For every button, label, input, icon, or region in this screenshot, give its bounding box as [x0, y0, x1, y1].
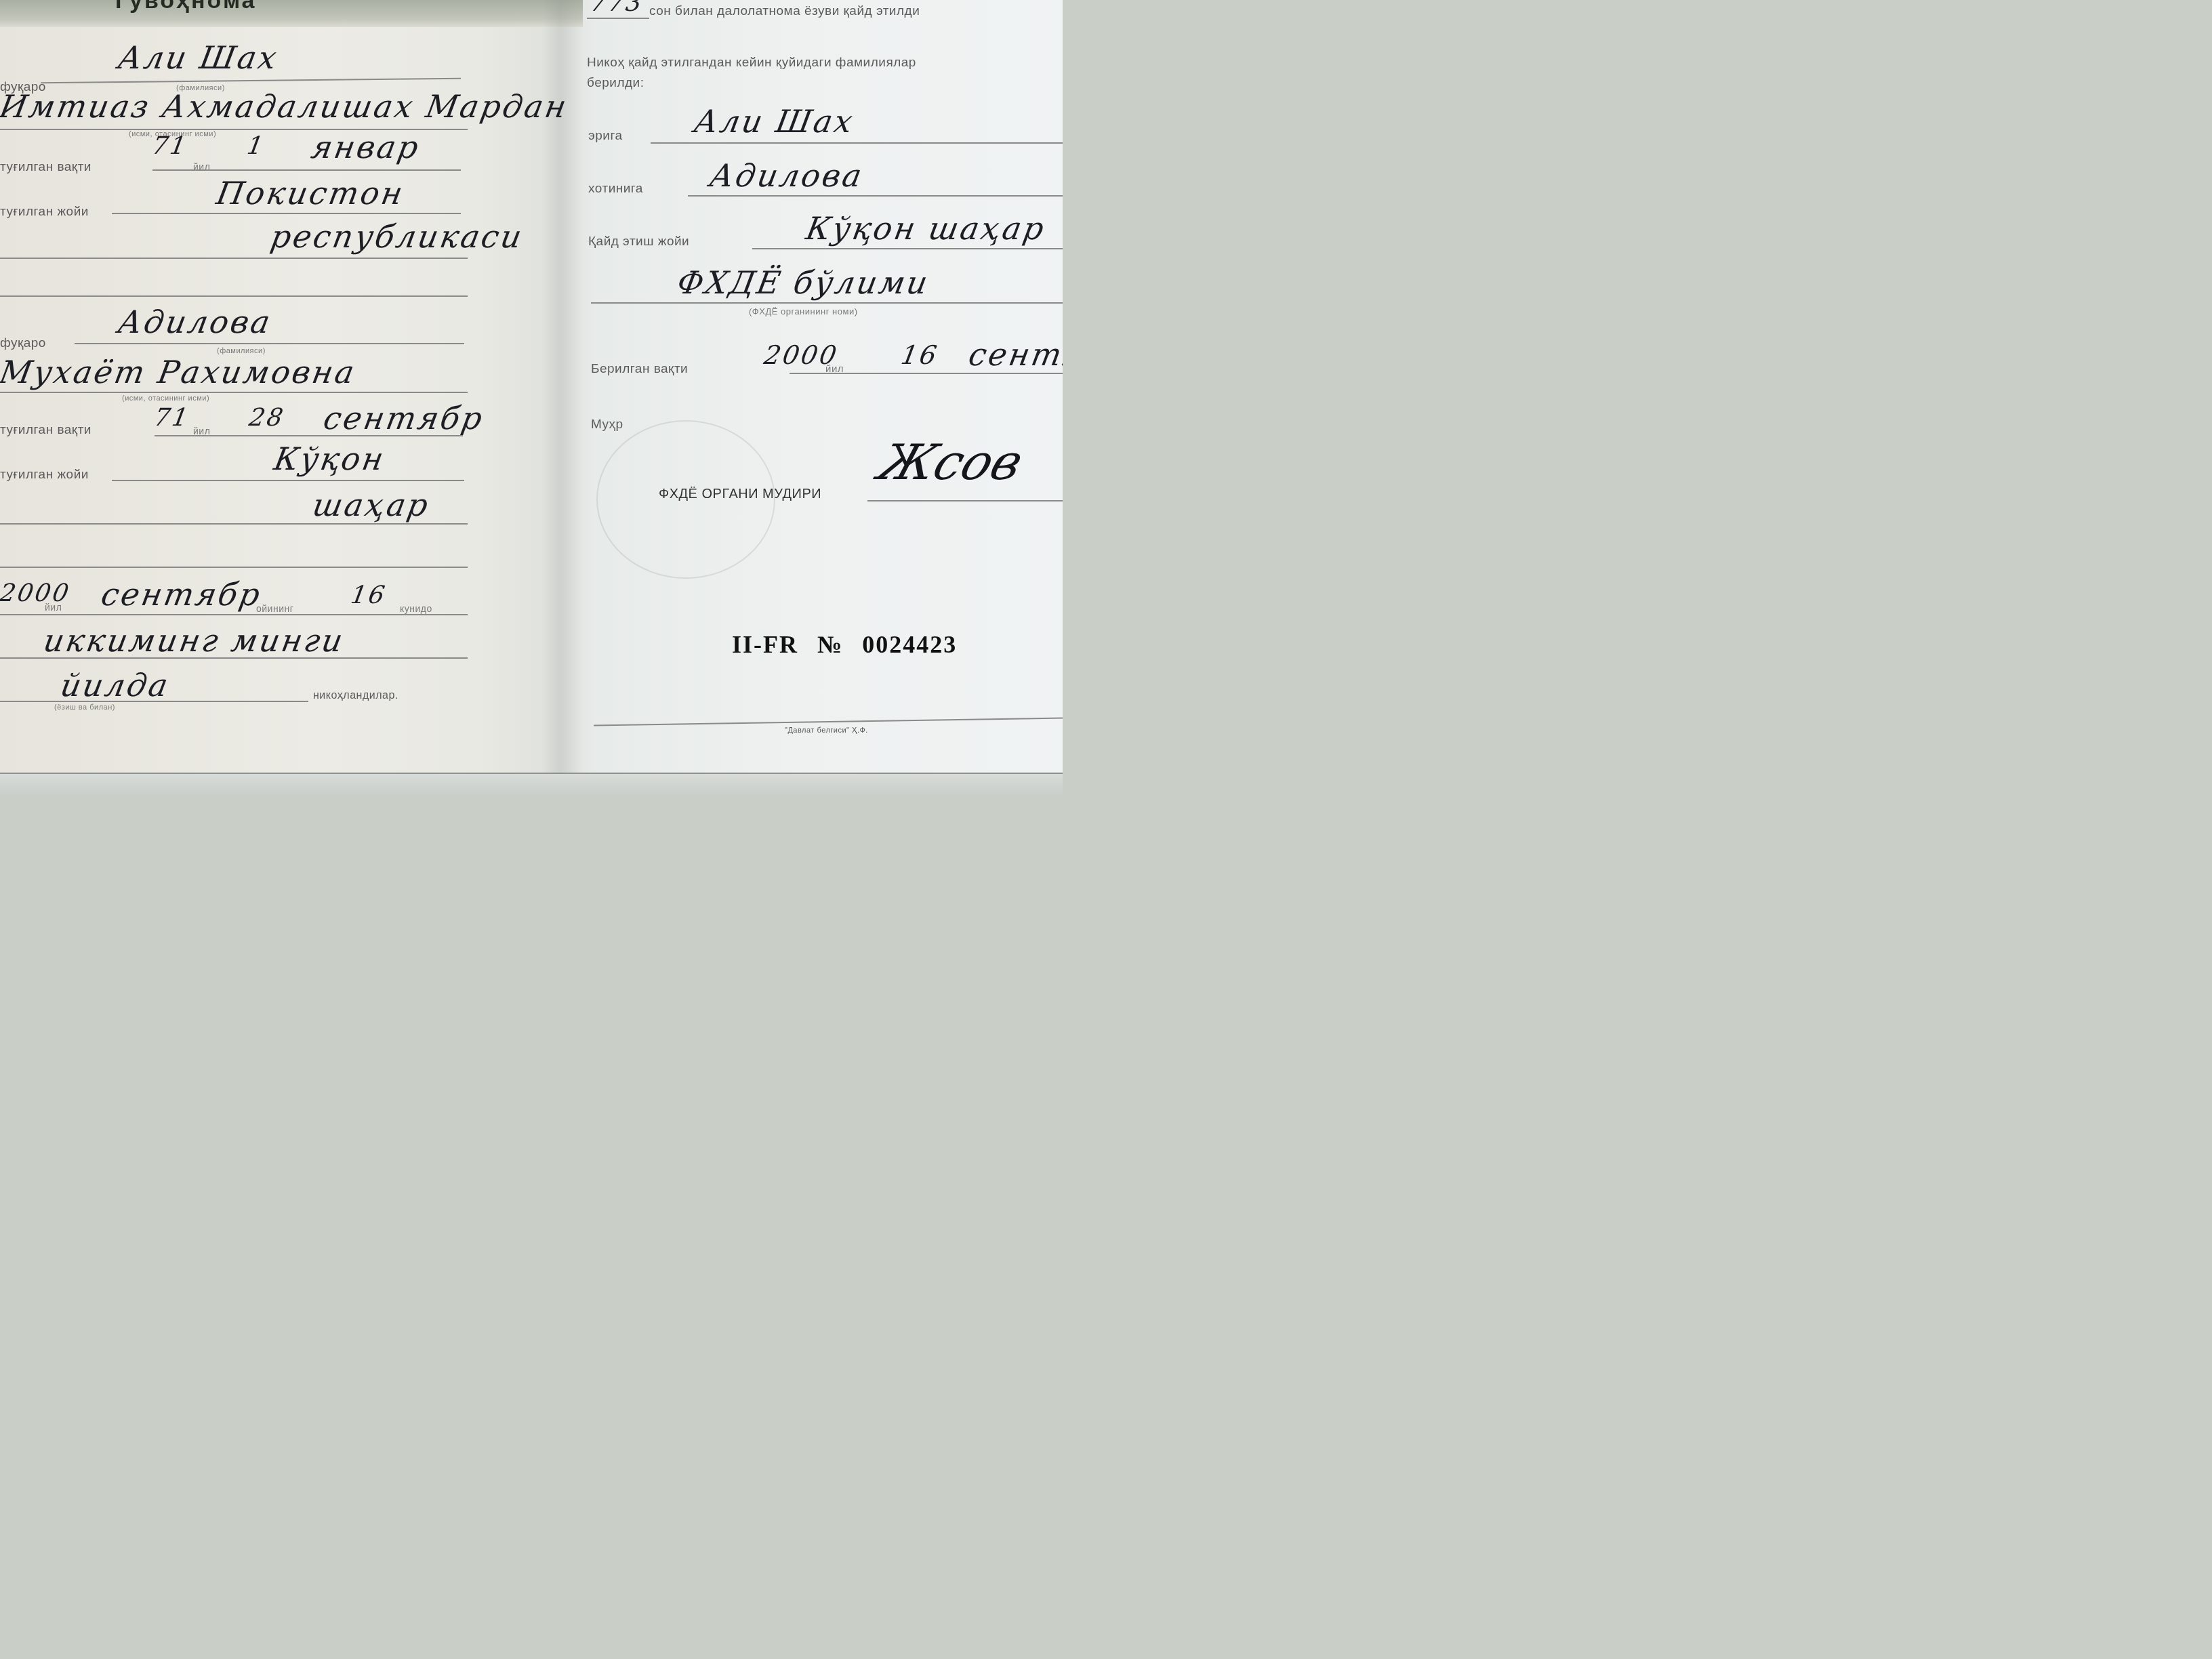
issue-month: сентябр — [966, 336, 1063, 373]
husband-label: эрига — [588, 129, 622, 144]
groom-name: Имтиаз Ахмадалишах Мардан — [0, 88, 571, 125]
month-word: ойининг — [256, 603, 293, 614]
certificate-spread: Гувоҳнома фуқаро Али Шах (фамилияси) Имт… — [0, 0, 1063, 797]
bride-birth-year: 71 — [152, 404, 192, 432]
year-in-words-line1: иккиминг минги — [41, 622, 348, 659]
rule — [112, 480, 464, 481]
bride-birth-place-label: туғилган жойи — [0, 468, 89, 483]
rule — [0, 614, 468, 615]
registration-place-caption: (ФХДЁ органининг номи) — [749, 306, 857, 316]
groom-surname: Али Шах — [115, 39, 281, 76]
rule — [0, 567, 468, 568]
serial-number-block: II-FR№0024423 — [732, 630, 976, 659]
issue-date-label: Берилган вақти — [591, 362, 688, 377]
husband-surname: Али Шах — [691, 103, 857, 140]
record-number: 773 — [588, 0, 646, 17]
marriage-day: 16 — [348, 581, 388, 609]
rule — [867, 500, 1063, 501]
bride-surname-label: фуқаро — [0, 336, 46, 351]
bride-name-caption: (исми, отасининг исми) — [122, 394, 209, 403]
serial-no-sign: № — [817, 631, 843, 658]
rule — [112, 213, 461, 214]
issue-day: 16 — [899, 340, 941, 370]
groom-birth-date-label: туғилган вақти — [0, 160, 91, 175]
rule — [0, 657, 468, 659]
rule — [155, 435, 463, 436]
bride-birth-place-line2: шаҳар — [310, 487, 432, 523]
rule — [688, 195, 1063, 197]
groom-birth-year: 71 — [150, 132, 190, 160]
groom-birth-day: 1 — [245, 132, 267, 160]
surnames-intro-line2: берилди: — [587, 76, 644, 91]
rule — [651, 142, 1063, 144]
record-text: сон билан далолатнома ёзуви қайд этилди — [649, 4, 920, 19]
groom-birth-place-line2: республикаси — [268, 218, 527, 255]
wife-surname: Адилова — [707, 157, 866, 194]
registration-place-line1: Кўқон шаҳар — [803, 210, 1048, 247]
rule — [0, 295, 468, 297]
married-closing: никоҳландилар. — [313, 690, 398, 702]
rule — [591, 302, 1063, 304]
bride-name: Мухаёт Рахимовна — [0, 354, 359, 390]
groom-birth-month: январ — [308, 129, 423, 165]
bride-birth-day: 28 — [247, 404, 287, 432]
rule — [790, 373, 1063, 374]
year-in-words-line2: йилда — [58, 667, 173, 703]
rule — [0, 392, 468, 393]
surnames-intro-line1: Никоҳ қайд этилгандан кейин қуйидаги фам… — [587, 56, 916, 70]
printer-imprint: "Давлат белгиси" Ҳ.Ф. — [785, 726, 868, 735]
rule — [75, 343, 464, 344]
top-shadow-band — [0, 0, 583, 27]
rule — [41, 78, 461, 83]
serial-series: II-FR — [732, 631, 798, 658]
marriage-month: сентябр — [98, 576, 264, 613]
serial-number: 0024423 — [862, 631, 957, 658]
year-word: йил — [45, 602, 62, 613]
groom-birth-place-label: туғилган жойи — [0, 205, 89, 220]
rule — [587, 18, 649, 19]
rule — [594, 718, 1063, 726]
page-bottom-edge — [0, 773, 1063, 797]
head-label: ФХДЁ ОРГАНИ МУДИРИ — [659, 487, 821, 502]
rule — [0, 523, 468, 525]
rule — [752, 248, 1063, 249]
bride-birth-place-line1: Кўқон — [271, 441, 388, 477]
rule — [0, 258, 468, 259]
registration-place-label: Қайд этиш жойи — [588, 234, 689, 249]
wife-label: хотинига — [588, 182, 643, 197]
official-signature: Жсов — [872, 434, 1030, 491]
year-words-caption: (ёзиш ва билан) — [54, 703, 115, 712]
bride-birth-date-label: туғилган вақти — [0, 423, 91, 438]
registration-place-line2: ФХДЁ бўлими — [674, 264, 933, 301]
day-word: кунидо — [400, 603, 432, 614]
document-title: Гувоҳнома — [115, 0, 257, 14]
bride-birth-month: сентябр — [321, 400, 487, 436]
rule — [0, 701, 308, 702]
groom-birth-place-line1: Покистон — [213, 175, 407, 211]
bride-surname: Адилова — [115, 304, 274, 340]
rule — [152, 169, 461, 171]
seal-label: Муҳр — [591, 417, 623, 432]
